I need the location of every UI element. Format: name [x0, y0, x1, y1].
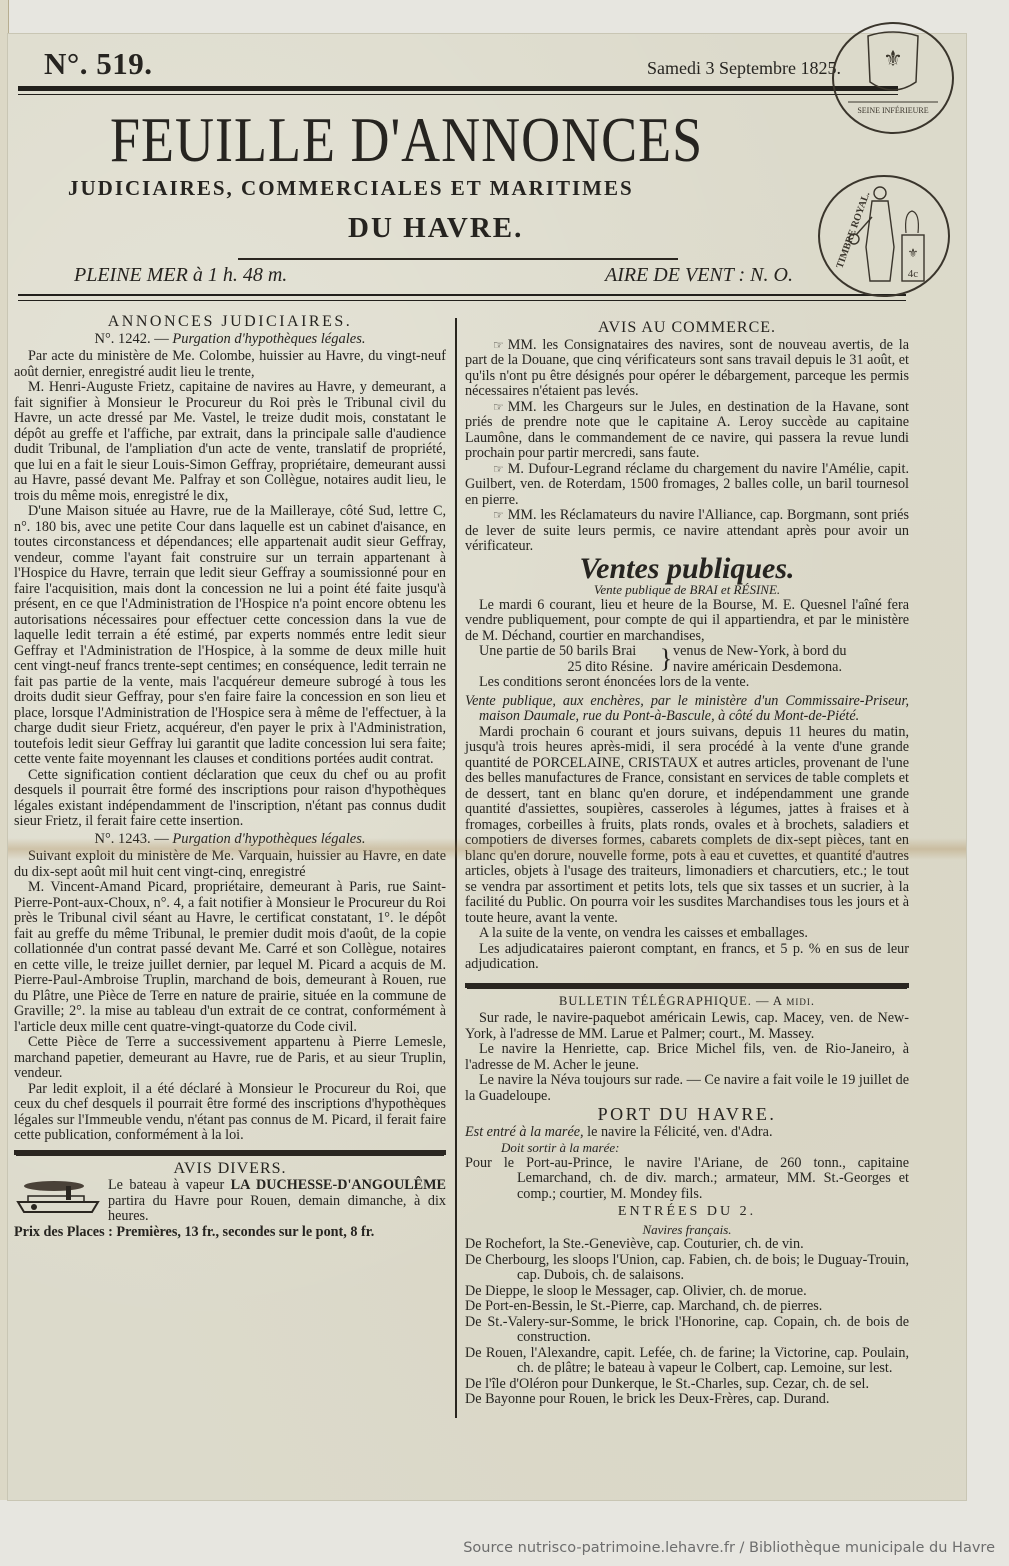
- pointing-hand-icon: ☞: [479, 508, 504, 524]
- section-title-ventes: Ventes publiques.: [465, 561, 909, 577]
- brace-icon: }: [659, 644, 673, 675]
- header-bottom-rule: [18, 294, 906, 296]
- ship-name: LA DUCHESSE-D'ANGOULÊME: [231, 1177, 446, 1193]
- steamboat-notice: Le bateau à vapeur LA DUCHESSE-D'ANGOULÊ…: [14, 1178, 446, 1240]
- port-leaving-label: Doit sortir à la marée:: [465, 1140, 909, 1156]
- header-bottom-rule-thin: [18, 300, 906, 301]
- pointing-hand-icon: ☞: [479, 400, 504, 416]
- header-rule: [18, 86, 898, 91]
- notice-heading-1243: N°. 1243. — Purgation d'hypothèques léga…: [14, 832, 446, 848]
- entry-item: De Rouen, l'Alexandre, capit. Lefée, ch.…: [465, 1346, 909, 1377]
- svg-text:⚜: ⚜: [908, 246, 919, 260]
- entry-item: De Rochefort, la Ste.-Geneviève, cap. Co…: [465, 1237, 909, 1253]
- notice-1242-para-4: Cette signification contient déclaration…: [14, 768, 446, 830]
- sale1-conditions: Les conditions seront énoncées lors de l…: [465, 675, 909, 691]
- commerce-item-2: ☞MM. les Chargeurs sur le Jules, en dest…: [465, 400, 909, 462]
- pointing-hand-icon: ☞: [479, 462, 504, 478]
- port-entered: Est entré à la marée, le navire la Félic…: [465, 1125, 909, 1141]
- toga-figure-lyre-icon: TIMBRE ROYAL. ⚜ 4c: [820, 177, 948, 295]
- entry-item: De Cherbourg, les sloops l'Union, cap. F…: [465, 1253, 909, 1284]
- steamboat-prices: Prix des Places : Premières, 13 fr., sec…: [14, 1225, 446, 1241]
- notice-1243-para-1: Suivant exploit du ministère de Me. Varq…: [14, 849, 446, 880]
- sale2-text: Mardi prochain 6 courant et jours suivan…: [465, 725, 909, 927]
- ornament-rule: [238, 258, 678, 260]
- entry-item: De Bayonne pour Rouen, le brick les Deux…: [465, 1392, 909, 1408]
- notice-1243-para-2: M. Vincent-Amand Picard, propriétaire, d…: [14, 880, 446, 1035]
- pointing-hand-icon: ☞: [479, 338, 504, 354]
- notice-1242-para-1: Par acte du ministère de Me. Colombe, hu…: [14, 349, 446, 380]
- section-separator: [465, 983, 909, 988]
- issue-number: N°. 519.: [44, 46, 153, 82]
- notice-heading-1242: N°. 1242. — Purgation d'hypothèques léga…: [14, 332, 446, 348]
- sale1-lots: Une partie de 50 barils Brai 25 dito Rés…: [465, 644, 909, 675]
- masthead-city: DU HAVRE.: [348, 212, 523, 245]
- bulletin-item-1: Sur rade, le navire-paquebot américain L…: [465, 1011, 909, 1042]
- issue-date: Samedi 3 Septembre 1825.: [647, 58, 841, 79]
- tax-stamp-royal: TIMBRE ROYAL. ⚜ 4c: [818, 175, 950, 297]
- commerce-item-1: ☞MM. les Consignataires des navires, son…: [465, 338, 909, 400]
- svg-text:⚜: ⚜: [883, 46, 903, 71]
- sale2-payment: Les adjudicataires paieront comptant, en…: [465, 942, 909, 973]
- wind-info: AIRE DE VENT : N. O.: [605, 264, 793, 287]
- masthead-subtitle: JUDICIAIRES, COMMERCIALES ET MARITIMES: [68, 176, 634, 201]
- tide-info: PLEINE MER à 1 h. 48 m.: [74, 264, 287, 287]
- section-separator: [14, 1150, 446, 1155]
- masthead-title: FEUILLE D'ANNONCES: [110, 103, 703, 176]
- notice-1243-para-4: Par ledit exploit, il a été déclaré à Mo…: [14, 1082, 446, 1144]
- sale1-heading: Vente publique de BRAI et RÉSINE.: [465, 582, 909, 598]
- bulletin-title: BULLETIN TÉLÉGRAPHIQUE. — A midi.: [465, 994, 909, 1010]
- steamboat-icon: [14, 1180, 102, 1216]
- bulletin-item-2: Le navire la Henriette, cap. Brice Miche…: [465, 1042, 909, 1073]
- sale1-text: Le mardi 6 courant, lieu et heure de la …: [465, 598, 909, 645]
- section-title-commerce: AVIS AU COMMERCE.: [465, 320, 909, 336]
- section-title-port: PORT DU HAVRE.: [465, 1107, 909, 1123]
- notice-1242-para-3: D'une Maison située au Havre, rue de la …: [14, 504, 446, 768]
- section-title-annonces: ANNONCES JUDICIAIRES.: [14, 314, 446, 330]
- commerce-item-4: ☞MM. les Réclamateurs du navire l'Allian…: [465, 508, 909, 555]
- entries-subtitle: Navires français.: [465, 1222, 909, 1238]
- entry-item: De Port-en-Bessin, le St.-Pierre, cap. M…: [465, 1299, 909, 1315]
- port-leaving-text: Pour le Port-au-Prince, le navire l'Aria…: [465, 1156, 909, 1203]
- source-credit: Source nutrisco-patrimoine.lehavre.fr / …: [463, 1540, 995, 1556]
- commerce-item-3: ☞M. Dufour-Legrand réclame du chargement…: [465, 462, 909, 509]
- entry-item: De St.-Valery-sur-Somme, le brick l'Hono…: [465, 1315, 909, 1346]
- stamp-region: SEINE INFÉRIEURE: [834, 106, 952, 115]
- notice-1242-para-2: M. Henri-Auguste Frietz, capitaine de na…: [14, 380, 446, 504]
- tax-stamp-extraordinaire: ⚜ SEINE INFÉRIEURE: [832, 22, 954, 134]
- right-column: AVIS AU COMMERCE. ☞MM. les Consignataire…: [465, 320, 909, 1408]
- fleur-de-lis-shield-icon: ⚜: [834, 24, 952, 132]
- stamp-value: 4c: [908, 268, 919, 280]
- entry-item: De Dieppe, le sloop le Messager, cap. Ol…: [465, 1284, 909, 1300]
- column-divider: [455, 318, 457, 1418]
- notice-1243-para-3: Cette Pièce de Terre a successivement ap…: [14, 1035, 446, 1082]
- header-rule-thin: [18, 94, 898, 95]
- left-column: ANNONCES JUDICIAIRES. N°. 1242. — Purgat…: [14, 314, 446, 1240]
- sale2-after: A la suite de la vente, on vendra les ca…: [465, 926, 909, 942]
- bulletin-item-3: Le navire la Néva toujours sur rade. — C…: [465, 1073, 909, 1104]
- section-title-avis-divers: AVIS DIVERS.: [14, 1161, 446, 1177]
- entry-item: De l'île d'Oléron pour Dunkerque, le St.…: [465, 1377, 909, 1393]
- sale2-heading: Vente publique, aux enchères, par le min…: [465, 694, 909, 725]
- entries-title: ENTRÉES DU 2.: [465, 1204, 909, 1220]
